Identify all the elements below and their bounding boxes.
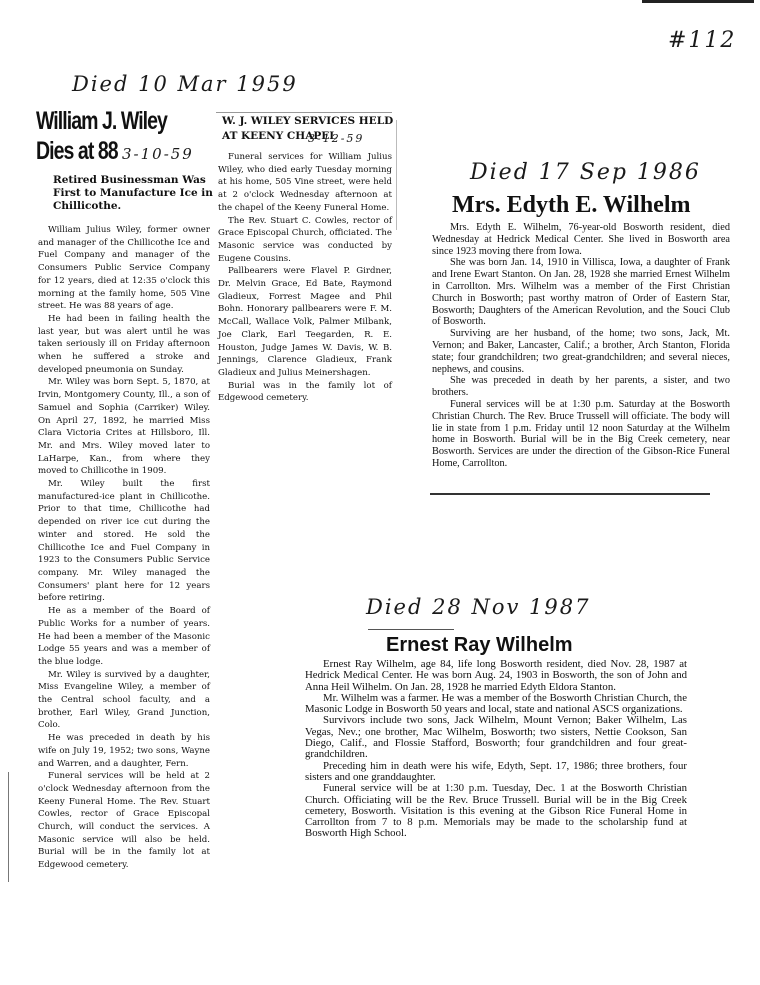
paragraph: Funeral services will be at 1:30 p.m. Sa… [432,399,730,470]
clipping-edge-line [8,772,9,882]
ernest-obituary-body: Ernest Ray Wilhelm, age 84, life long Bo… [305,659,687,840]
paragraph: Preceding him in death were his wife, Ed… [305,761,687,784]
ernest-top-rule [368,629,454,630]
wiley-handwritten-death-date: Died 10 Mar 1959 [72,72,298,96]
clipping-edge-line [396,120,397,230]
wiley-services-clip-date: 3-12-59 [308,132,364,145]
wiley-headline-line1: William J. Wiley [36,106,192,136]
paragraph: He as a member of the Board of Public Wo… [38,605,210,669]
ernest-headline: Ernest Ray Wilhelm [386,634,646,656]
paragraph: Mr. Wiley is survived by a daughter, Mis… [38,669,210,733]
ernest-handwritten-death-date: Died 28 Nov 1987 [366,595,591,619]
paragraph: Pallbearers were Flavel P. Girdner, Dr. … [218,265,392,379]
wiley-services-body: Funeral services for William Julius Wile… [218,151,392,405]
paragraph: She was born Jan. 14, 1910 in Villisca, … [432,257,730,328]
paragraph: The Rev. Stuart C. Cowles, rector of Gra… [218,215,392,266]
paragraph: William Julius Wiley, former owner and m… [38,224,210,313]
paragraph: Ernest Ray Wilhelm, age 84, life long Bo… [305,659,687,693]
paragraph: Survivors include two sons, Jack Wilhelm… [305,715,687,760]
paragraph: He was preceded in death by his wife on … [38,732,210,770]
paragraph: Mrs. Edyth E. Wilhelm, 76-year-old Boswo… [432,222,730,257]
edyth-obituary-body: Mrs. Edyth E. Wilhelm, 76-year-old Boswo… [432,222,730,470]
paragraph: Surviving are her husband, of the home; … [432,328,730,375]
paragraph: Funeral services for William Julius Wile… [218,151,392,215]
paragraph: Funeral services will be held at 2 o'clo… [38,770,210,872]
clipping-bottom-edge [430,493,710,495]
paragraph: Burial was in the family lot of Edgewood… [218,380,392,405]
wiley-obituary-body: William Julius Wiley, former owner and m… [38,224,210,872]
wiley-subheadline: Retired Businessman Was First to Manufac… [53,174,213,213]
paragraph: She was preceded in death by her parents… [432,375,730,399]
edyth-headline: Mrs. Edyth E. Wilhelm [452,191,752,219]
paragraph: Mr. Wiley was born Sept. 5, 1870, at Irv… [38,376,210,478]
paragraph: Mr. Wilhelm was a farmer. He was a membe… [305,693,687,716]
scan-edge-bar [642,0,754,3]
handwritten-page-number: #112 [668,28,736,53]
paragraph: Funeral service will be at 1:30 p.m. Tue… [305,783,687,839]
paragraph: Mr. Wiley built the first manufactured-i… [38,478,210,605]
paragraph: He had been in failing health the last y… [38,313,210,377]
services-top-rule [216,112,392,113]
wiley-clip-date: 3-10-59 [122,145,194,163]
edyth-handwritten-death-date: Died 17 Sep 1986 [470,160,701,185]
